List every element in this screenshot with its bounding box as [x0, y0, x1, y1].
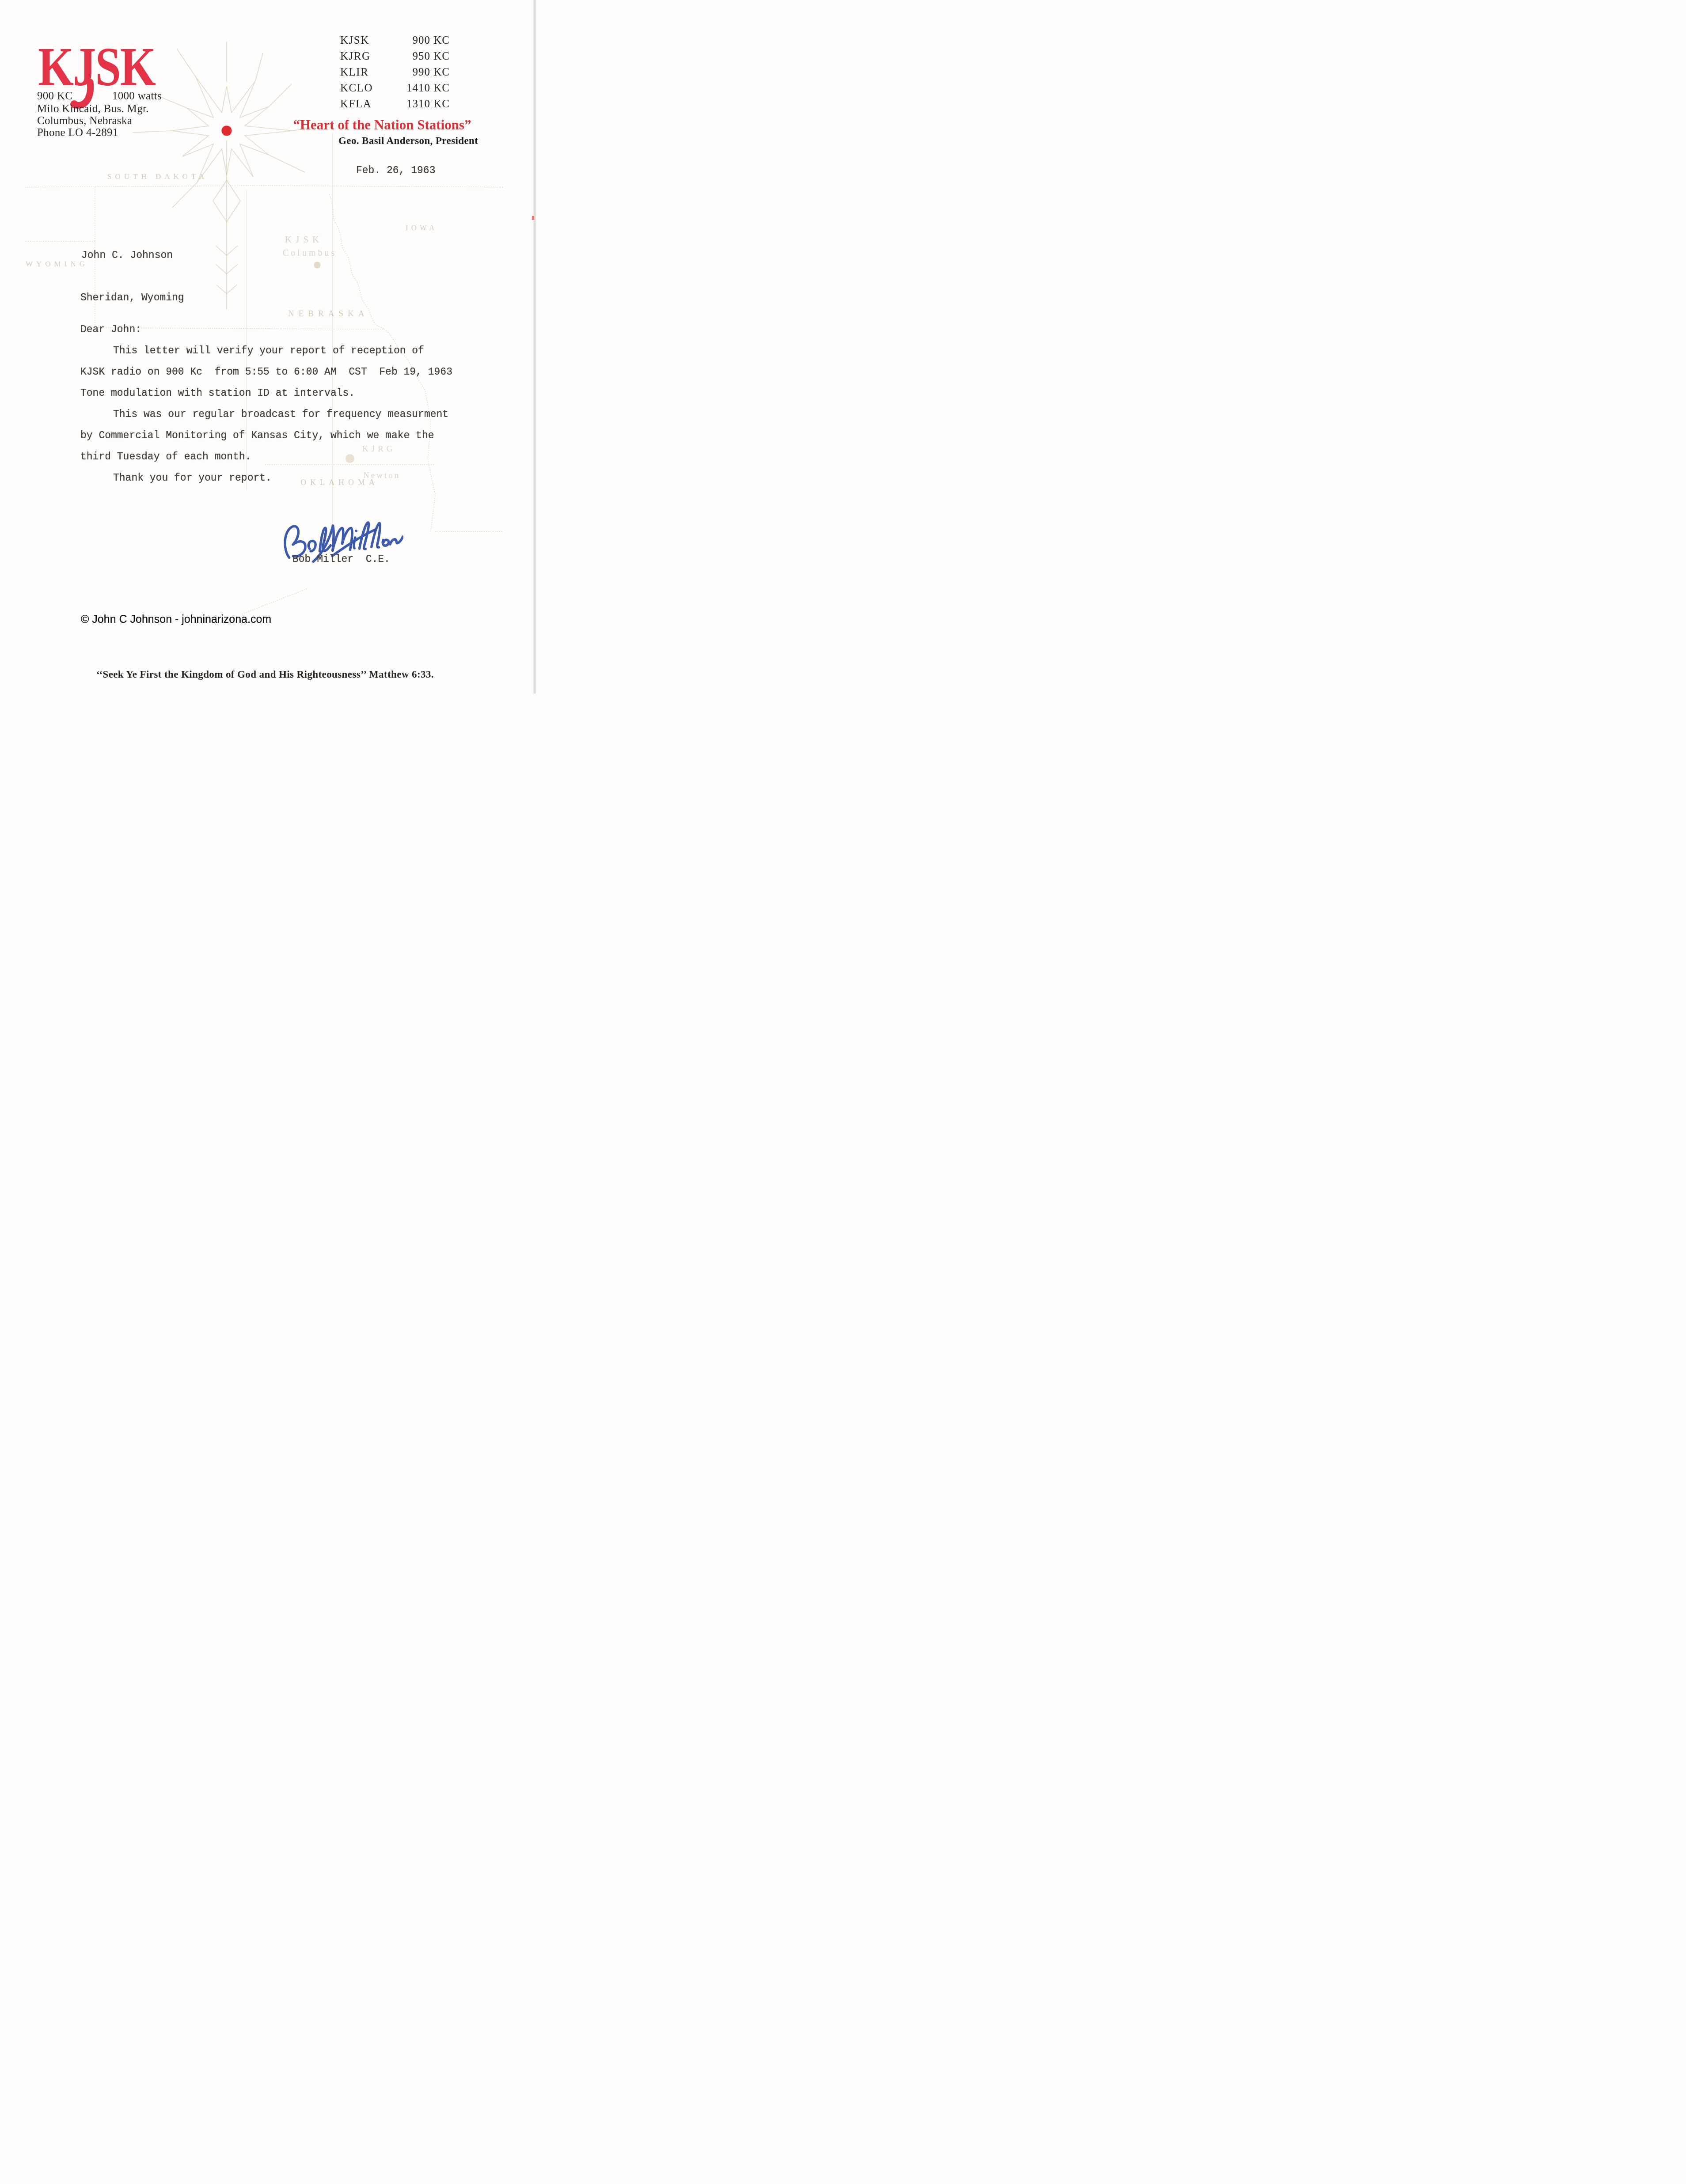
- city-line: Columbus, Nebraska: [37, 115, 132, 127]
- recipient-name: John C. Johnson: [81, 249, 173, 262]
- logo-frequency: 900 KC: [37, 90, 72, 102]
- scanned-letter-page: { "letterhead": { "logo_text": "KJSK", "…: [0, 0, 535, 694]
- station-frequency: 950 KC: [413, 49, 450, 64]
- letter-body-line: This letter will verify your report of r…: [80, 345, 424, 357]
- logo-wattage: 1000 watts: [112, 90, 162, 102]
- letter-body-line: Thank you for your report.: [80, 472, 272, 484]
- station-logo: KJSK: [38, 40, 155, 95]
- scripture-verse: ‘‘Seek Ye First the Kingdom of God and H…: [0, 669, 530, 680]
- letter-body-line: Tone modulation with station ID at inter…: [80, 387, 355, 399]
- salutation: Dear John:: [80, 323, 141, 336]
- watermark-label-kjrg: KJRG: [362, 444, 396, 454]
- map-dot-newton: [346, 454, 354, 463]
- president-line: Geo. Basil Anderson, President: [338, 135, 478, 147]
- station-call: KCLO: [340, 80, 373, 96]
- station-row: KCLO 1410 KC: [340, 80, 450, 96]
- scan-credit-watermark: © John C Johnson - johninarizona.com: [81, 613, 271, 626]
- letter-body-line: by Commercial Monitoring of Kansas City,…: [80, 429, 434, 442]
- watermark-label-iowa: IOWA: [406, 224, 437, 232]
- letter-body-line: This was our regular broadcast for frequ…: [80, 408, 448, 421]
- station-row: KJSK 900 KC: [340, 33, 450, 49]
- watermark-label-wyoming: WYOMING: [26, 260, 88, 269]
- station-call: KFLA: [340, 96, 372, 112]
- scan-edge-shadow: [532, 0, 535, 694]
- station-row: KJRG 950 KC: [340, 49, 450, 64]
- letter-date: Feb. 26, 1963: [356, 164, 435, 177]
- logo-frequency-line: 900 KC 1000 watts: [37, 90, 162, 102]
- manager-line: Milo Kincaid, Bus. Mgr.: [37, 103, 149, 115]
- letter-body-line: third Tuesday of each month.: [80, 451, 251, 463]
- letter-body-line: KJSK radio on 900 Kc from 5:55 to 6:00 A…: [80, 366, 452, 378]
- station-call: KJRG: [340, 49, 371, 64]
- station-frequency: 1410 KC: [406, 80, 450, 96]
- recipient-city: Sheridan, Wyoming: [80, 292, 184, 304]
- station-frequency: 990 KC: [413, 64, 450, 80]
- watermark-label-columbus: Columbus: [283, 248, 337, 258]
- watermark-label-nebraska: NEBRASKA: [288, 309, 368, 319]
- watermark-label-kjsk: KJSK: [285, 234, 323, 245]
- scanner-streaks: [247, 133, 333, 530]
- phone-line: Phone LO 4-2891: [37, 127, 118, 139]
- station-frequency: 1310 KC: [406, 96, 450, 112]
- station-frequency: 900 KC: [413, 33, 450, 49]
- station-row: KFLA 1310 KC: [340, 96, 450, 112]
- map-dot-columbus: [314, 262, 321, 269]
- watermark-label-south-dakota: SOUTH DAKOTA: [107, 172, 208, 181]
- station-row: KLIR 990 KC: [340, 64, 450, 80]
- station-slogan: “Heart of the Nation Stations”: [283, 118, 482, 133]
- station-list: KJSK 900 KC KJRG 950 KC KLIR 990 KC KCLO…: [340, 33, 450, 112]
- station-call: KLIR: [340, 64, 368, 80]
- watermark-label-oklahoma: OKLAHOMA: [300, 478, 379, 487]
- typed-signature-name: Bob Miller C.E.: [292, 553, 390, 565]
- scan-edge-speck: [532, 216, 534, 220]
- station-call: KJSK: [340, 33, 369, 49]
- tower-red-dot: [222, 126, 232, 136]
